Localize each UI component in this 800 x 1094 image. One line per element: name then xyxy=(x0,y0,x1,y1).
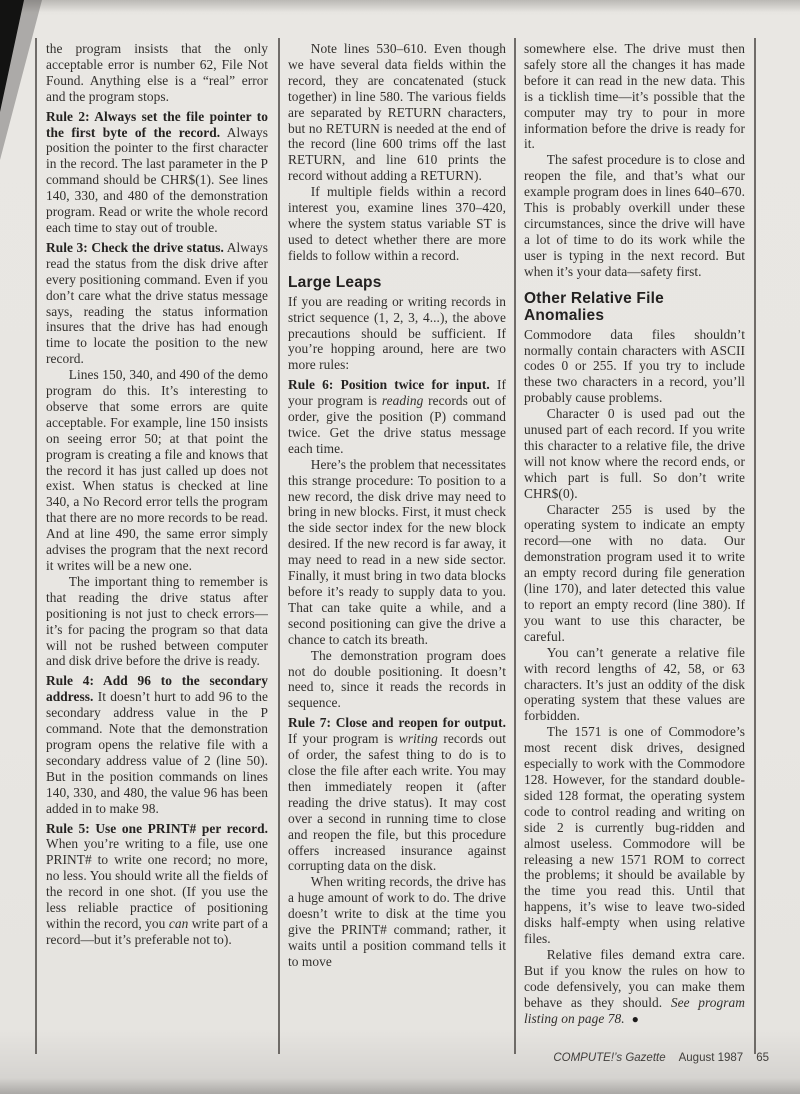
page-footer: COMPUTE!’s Gazette August 1987 65 xyxy=(553,1052,769,1064)
rule-paragraph: Rule 6: Position twice for input. If you… xyxy=(288,377,506,457)
text-run: Here’s the problem that necessitates thi… xyxy=(288,457,506,647)
column-rule-right xyxy=(754,38,756,1054)
text-run: The 1571 is one of Commodore’s most rece… xyxy=(524,724,745,946)
column-rule-mid-left xyxy=(278,38,280,1054)
body-paragraph: Relative files demand extra care. But if… xyxy=(524,947,745,1028)
body-paragraph: If you are reading or writing records in… xyxy=(288,294,506,374)
text-run: Commodore data files shouldn’t normally … xyxy=(524,327,745,406)
rule-paragraph: Rule 4: Add 96 to the secondary address.… xyxy=(46,673,268,816)
rule-paragraph: Rule 7: Close and reopen for output. If … xyxy=(288,715,506,874)
article-column: somewhere else. The drive must then safe… xyxy=(524,41,745,1055)
text-run: If multiple fields within a record inter… xyxy=(288,184,506,263)
body-paragraph: Here’s the problem that necessitates thi… xyxy=(288,457,506,648)
text-run: Always read the status from the disk dri… xyxy=(46,240,268,366)
text-run: It doesn’t hurt to add 96 to the seconda… xyxy=(46,689,268,815)
body-paragraph: Lines 150, 340, and 490 of the demo prog… xyxy=(46,367,268,574)
body-paragraph: The important thing to remember is that … xyxy=(46,574,268,669)
text-run: somewhere else. The drive must then safe… xyxy=(524,41,745,151)
body-paragraph: When writing records, the drive has a hu… xyxy=(288,874,506,969)
text-run: Always position the pointer to the first… xyxy=(46,125,268,235)
text-run: If your program is xyxy=(288,731,399,746)
text-run: When writing records, the drive has a hu… xyxy=(288,874,506,969)
text-run: Character 255 is used by the operating s… xyxy=(524,502,745,644)
text-run: Lines 150, 340, and 490 of the demo prog… xyxy=(46,367,268,573)
rule-lead-in: Rule 6: Position twice for input. xyxy=(288,377,490,392)
page-number: 65 xyxy=(756,1052,769,1064)
text-run: the program insists that the only accept… xyxy=(46,41,268,104)
text-run: records out of order, the safest thing t… xyxy=(288,731,506,873)
magazine-name: COMPUTE!’s Gazette xyxy=(553,1052,665,1064)
body-paragraph: You can’t generate a relative file with … xyxy=(524,645,745,725)
text-run: The important thing to remember is that … xyxy=(46,574,268,669)
text-run: The demonstration program does not do do… xyxy=(288,648,506,711)
body-paragraph: the program insists that the only accept… xyxy=(46,41,268,105)
end-of-article-bullet: ● xyxy=(632,1012,639,1026)
issue-date: August 1987 xyxy=(679,1052,744,1064)
column-rule-mid-right xyxy=(514,38,516,1054)
body-paragraph: somewhere else. The drive must then safe… xyxy=(524,41,745,152)
section-heading: Other Relative File Anomalies xyxy=(524,290,745,324)
rule-lead-in: Rule 5: Use one PRINT# per record. xyxy=(46,821,268,836)
article-column: the program insists that the only accept… xyxy=(46,41,268,1055)
scan-top-shadow xyxy=(0,0,800,12)
text-run: can xyxy=(169,916,188,931)
text-run: reading xyxy=(382,393,424,408)
rule-paragraph: Rule 5: Use one PRINT# per record. When … xyxy=(46,821,268,948)
body-paragraph: If multiple fields within a record inter… xyxy=(288,184,506,264)
magazine-page: the program insists that the only accept… xyxy=(0,0,800,1094)
article-column: Note lines 530–610. Even though we have … xyxy=(288,41,506,1055)
rule-paragraph: Rule 2: Always set the file pointer to t… xyxy=(46,109,268,236)
rule-paragraph: Rule 3: Check the drive status. Always r… xyxy=(46,240,268,367)
text-run: writing xyxy=(399,731,438,746)
body-paragraph: The demonstration program does not do do… xyxy=(288,648,506,712)
text-run: Note lines 530–610. Even though we have … xyxy=(288,41,506,183)
body-paragraph: Commodore data files shouldn’t normally … xyxy=(524,327,745,407)
body-paragraph: Note lines 530–610. Even though we have … xyxy=(288,41,506,184)
text-run: If you are reading or writing records in… xyxy=(288,294,506,373)
scan-bottom-shadow xyxy=(0,1078,800,1094)
section-heading: Large Leaps xyxy=(288,274,506,291)
rule-lead-in: Rule 3: Check the drive status. xyxy=(46,240,224,255)
rule-lead-in: Rule 7: Close and reopen for output. xyxy=(288,715,506,730)
body-paragraph: Character 255 is used by the operating s… xyxy=(524,502,745,645)
body-paragraph: The safest procedure is to close and reo… xyxy=(524,152,745,279)
text-run: Character 0 is used pad out the unused p… xyxy=(524,406,745,501)
body-paragraph: Character 0 is used pad out the unused p… xyxy=(524,406,745,501)
body-paragraph: The 1571 is one of Commodore’s most rece… xyxy=(524,724,745,947)
text-run: The safest procedure is to close and reo… xyxy=(524,152,745,278)
text-run: You can’t generate a relative file with … xyxy=(524,645,745,724)
column-rule-left xyxy=(35,38,37,1054)
